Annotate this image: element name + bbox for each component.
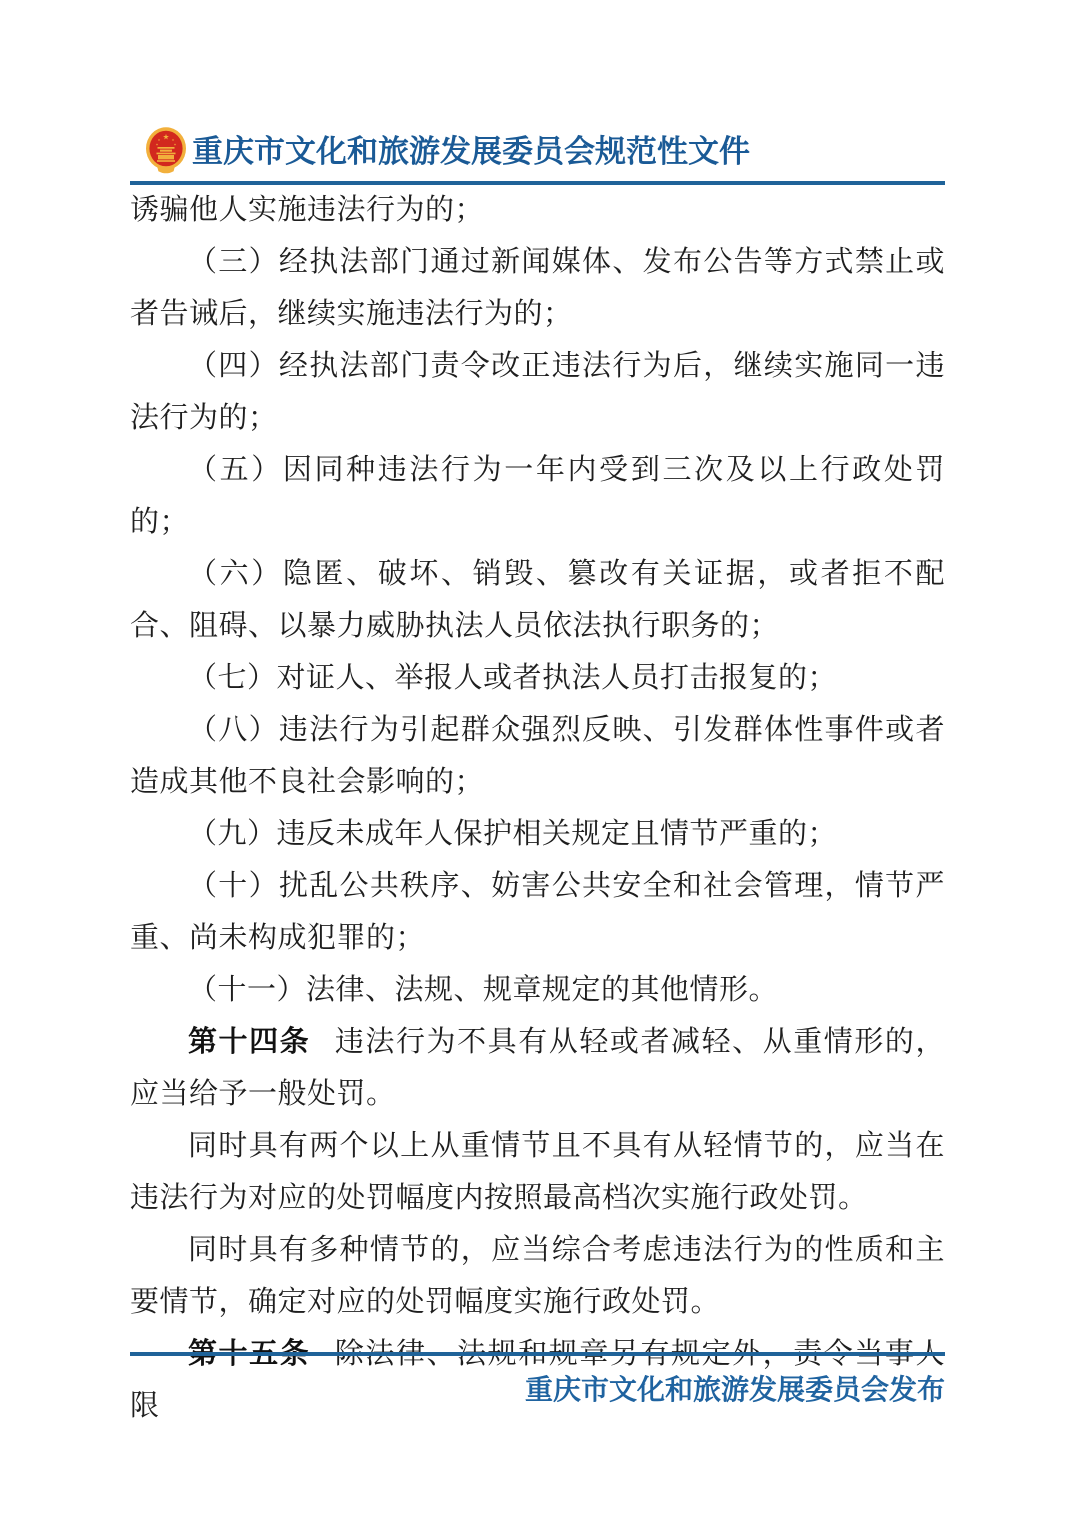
paragraph-text: 同时具有多种情节的，应当综合考虑违法行为的性质和主要情节，确定对应的处罚幅度实施… xyxy=(130,1234,945,1318)
paragraph-text: （五）因同种违法行为一年内受到三次及以上行政处罚的； xyxy=(130,454,945,538)
paragraph: （五）因同种违法行为一年内受到三次及以上行政处罚的； xyxy=(130,444,945,548)
page-header: 重庆市文化和旅游发展委员会规范性文件 xyxy=(130,124,945,185)
paragraph-text: （八）违法行为引起群众强烈反映、引发群体性事件或者造成其他不良社会影响的； xyxy=(130,714,945,798)
paragraph: （九）违反未成年人保护相关规定且情节严重的； xyxy=(130,808,945,860)
paragraph: （三）经执法部门通过新闻媒体、发布公告等方式禁止或者告诫后，继续实施违法行为的； xyxy=(130,236,945,340)
paragraph-text: 诱骗他人实施违法行为的； xyxy=(130,194,484,226)
paragraph: （六）隐匿、破坏、销毁、篡改有关证据，或者拒不配合、阻碍、以暴力威胁执法人员依法… xyxy=(130,548,945,652)
paragraph: 诱骗他人实施违法行为的； xyxy=(130,184,945,236)
china-national-emblem-icon xyxy=(145,127,187,175)
footer-divider xyxy=(130,1352,945,1356)
paragraph: （七）对证人、举报人或者执法人员打击报复的； xyxy=(130,652,945,704)
paragraph-text: （三）经执法部门通过新闻媒体、发布公告等方式禁止或者告诫后，继续实施违法行为的； xyxy=(130,246,945,330)
publisher-line: 重庆市文化和旅游发展委员会发布 xyxy=(130,1370,945,1410)
page-title: 重庆市文化和旅游发展委员会规范性文件 xyxy=(192,136,750,167)
paragraph-text: （七）对证人、举报人或者执法人员打击报复的； xyxy=(188,662,837,694)
paragraph: （十）扰乱公共秩序、妨害公共安全和社会管理，情节严重、尚未构成犯罪的； xyxy=(130,860,945,964)
document-page: 重庆市文化和旅游发展委员会规范性文件 诱骗他人实施违法行为的； （三）经执法部门… xyxy=(0,0,1074,1520)
paragraph-text: （九）违反未成年人保护相关规定且情节严重的； xyxy=(188,818,837,850)
header-row: 重庆市文化和旅游发展委员会规范性文件 xyxy=(130,124,945,178)
paragraph: 同时具有多种情节的，应当综合考虑违法行为的性质和主要情节，确定对应的处罚幅度实施… xyxy=(130,1224,945,1328)
paragraph-text: （十一）法律、法规、规章规定的其他情形。 xyxy=(188,974,778,1006)
paragraph: 第十四条违法行为不具有从轻或者减轻、从重情形的，应当给予一般处罚。 xyxy=(130,1016,945,1120)
page-footer: 重庆市文化和旅游发展委员会发布 xyxy=(130,1352,945,1410)
paragraph: （八）违法行为引起群众强烈反映、引发群体性事件或者造成其他不良社会影响的； xyxy=(130,704,945,808)
paragraph: 同时具有两个以上从重情节且不具有从轻情节的，应当在违法行为对应的处罚幅度内按照最… xyxy=(130,1120,945,1224)
paragraph-text: 同时具有两个以上从重情节且不具有从轻情节的，应当在违法行为对应的处罚幅度内按照最… xyxy=(130,1130,945,1214)
paragraph: （四）经执法部门责令改正违法行为后，继续实施同一违法行为的； xyxy=(130,340,945,444)
document-body: 诱骗他人实施违法行为的； （三）经执法部门通过新闻媒体、发布公告等方式禁止或者告… xyxy=(130,184,945,1432)
paragraph-text: （六）隐匿、破坏、销毁、篡改有关证据，或者拒不配合、阻碍、以暴力威胁执法人员依法… xyxy=(130,558,945,642)
paragraph-text: （四）经执法部门责令改正违法行为后，继续实施同一违法行为的； xyxy=(130,350,945,434)
paragraph-text: （十）扰乱公共秩序、妨害公共安全和社会管理，情节严重、尚未构成犯罪的； xyxy=(130,870,945,954)
paragraph: （十一）法律、法规、规章规定的其他情形。 xyxy=(130,964,945,1016)
article-number: 第十四条 xyxy=(188,1026,310,1058)
